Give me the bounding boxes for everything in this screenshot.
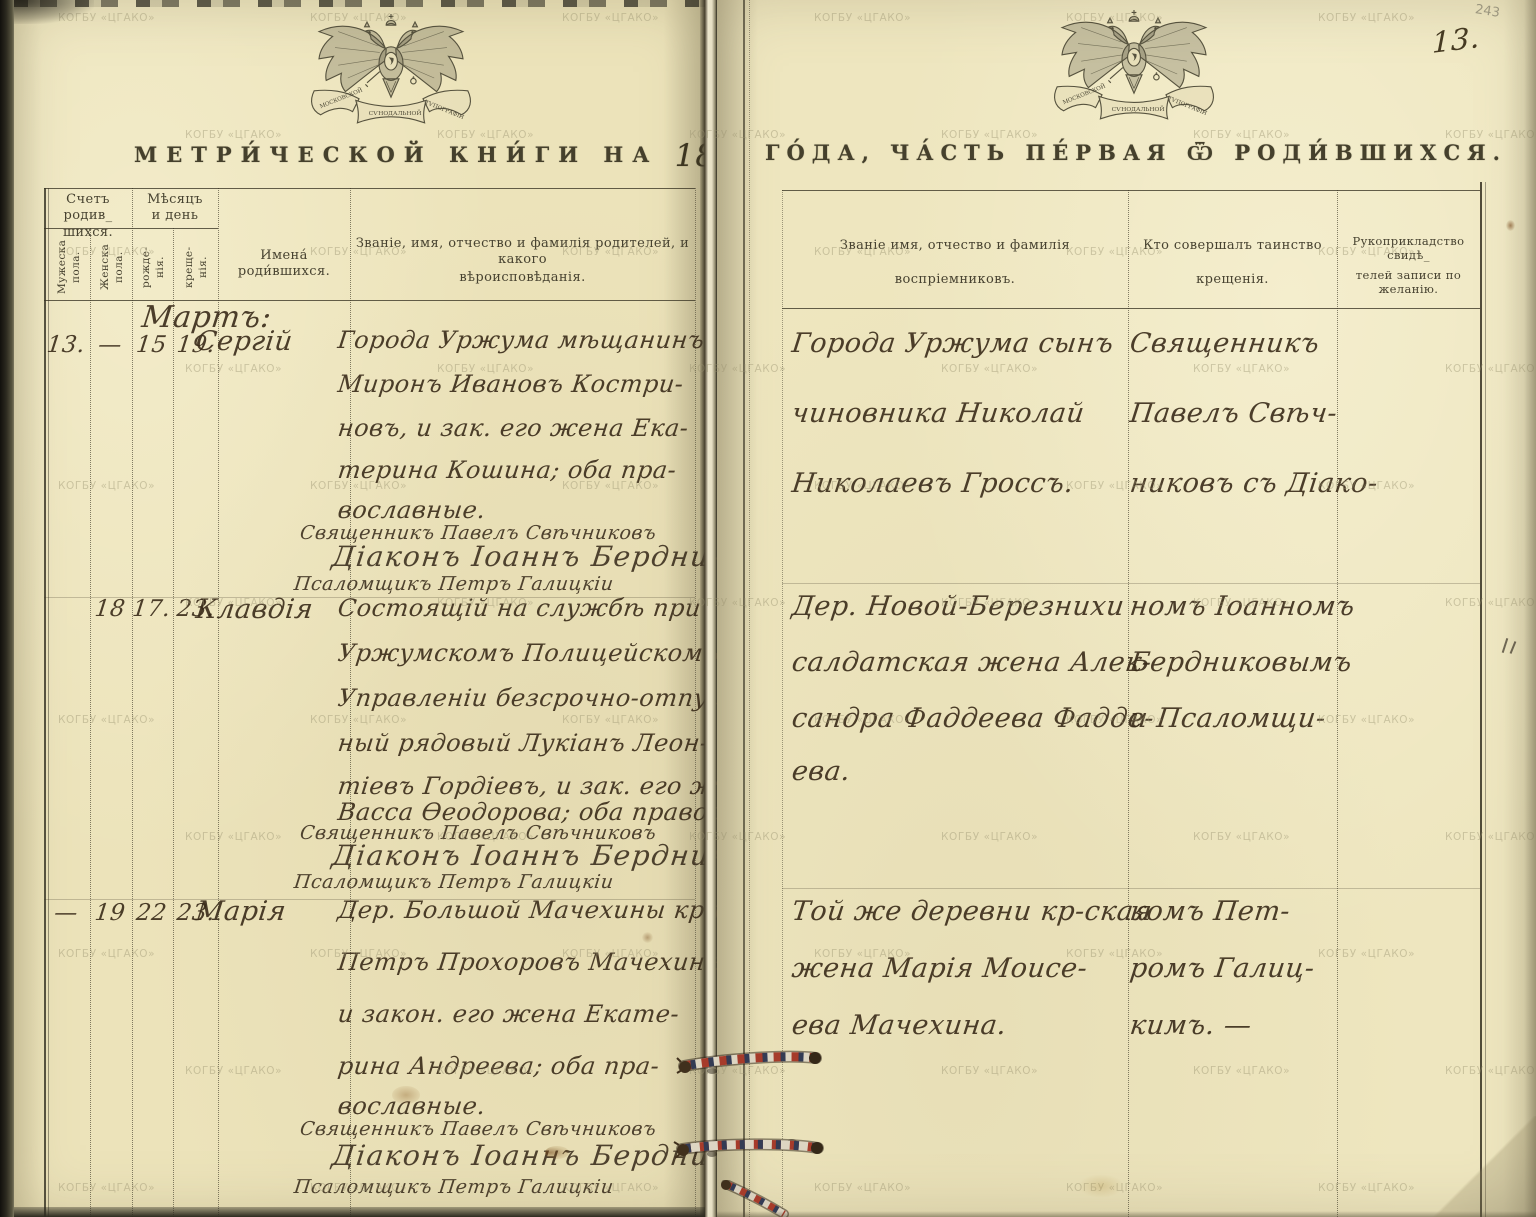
celebrant-entry-line: ромъ Галиц- [1128, 955, 1356, 982]
clergy-signature-line: Псаломщикъ Петръ Галицкіи [293, 1178, 615, 1197]
parents-entry-line: Васса Ѳеодорова; оба правосл. [337, 800, 735, 824]
celebrant-entry-line: номъ Іоанномъ [1128, 593, 1356, 620]
clergy-signature-line: Псаломщикъ Петръ Галицкіи [293, 575, 615, 594]
right-records: Города Уржума сынъчиновника НиколайНикол… [717, 0, 1536, 1217]
godparents-entry-line: сандра Фаддеева Фадде- [790, 705, 1125, 732]
day-born: 17. [129, 598, 175, 621]
parents-entry-line: вославные. [337, 498, 735, 522]
count-female-number: — [87, 334, 134, 357]
count-male-number: 13. [41, 334, 92, 357]
day-born: 15 [129, 334, 175, 357]
scan-left-edge [0, 0, 14, 1217]
parents-entry-line: терина Кошина; оба пра- [337, 458, 735, 482]
count-female-number: 19 [87, 902, 134, 925]
celebrant-entry-line: Священникъ [1128, 330, 1356, 357]
godparents-entry-line: ева. [790, 758, 1125, 785]
scan-top-edge [14, 0, 705, 7]
paper-stain [1078, 1174, 1124, 1198]
clergy-signature-line: Псаломщикъ Петръ Галицкіи [293, 873, 615, 892]
left-page: МЕТРИ́ЧЕСКОЙ КНИ́ГИ НА 1886. ● Счетъ род… [14, 0, 705, 1217]
ink-stain [545, 1146, 569, 1159]
celebrant-entry-line: никовъ съ Діако- [1128, 470, 1356, 497]
scan-bottom-edge-right [717, 1211, 1536, 1217]
godparents-entry-line: чиновника Николай [790, 400, 1125, 427]
paper-fleck [642, 932, 653, 943]
parents-entry-line: Состоящій на службѣ при [337, 596, 735, 620]
parents-entry-line: ный рядовый Лукіанъ Леон- [337, 731, 735, 755]
day-born: 22 [129, 902, 175, 925]
parents-entry-line: Города Уржума мѣщанинъ [337, 328, 735, 352]
celebrant-entry-line: и Псаломщи- [1128, 705, 1356, 732]
right-page: ГО́ДА, ЧА́СТЬ ПЕ́РВАЯ Ѿ РОДИ́ВШИХСЯ. Зва… [717, 0, 1536, 1217]
metrical-book-scan: МОСКОВСКОЙ СѴНОДАЛЬНОЙ ТѴПОГРАФІИ [0, 0, 1536, 1217]
clergy-signature-line: Священникъ Павелъ Свѣчниковъ [299, 1120, 658, 1139]
binding-cord-upper [676, 1040, 824, 1086]
paper-fleck [1506, 220, 1515, 231]
godparents-entry-line: Дер. Новой-Березнихи [790, 593, 1125, 620]
godparents-entry-line: Города Уржума сынъ [790, 330, 1125, 357]
child-name: Марія [194, 898, 347, 925]
scan-bottom-edge-left [14, 1207, 705, 1217]
left-records: 13.—1519.СергійГорода Уржума мѣщанинъМир… [14, 0, 705, 1217]
count-male-number: — [41, 902, 92, 925]
clergy-signature-line: Діаконъ Іоаннъ Бердни- [330, 543, 722, 571]
celebrant-entry-line: комъ Пет- [1128, 898, 1356, 925]
scan-corner-top-left [14, 0, 94, 24]
parents-entry-line: рина Андреева; оба пра- [337, 1054, 735, 1078]
godparents-entry-line: ева Мачехина. [790, 1012, 1125, 1039]
parents-entry-line: Уржумскомъ Полицейскомъ [337, 641, 735, 665]
parents-entry-line: Управленіи безсрочно-отпущен- [337, 686, 735, 710]
godparents-entry-line: жена Марія Моисе- [790, 955, 1125, 982]
godparents-entry-line: Той же деревни кр-ская [790, 898, 1125, 925]
parents-entry-line: и закон. его жена Екате- [337, 1002, 735, 1026]
scan-right-edge [1524, 0, 1536, 1217]
book-gutter [700, 0, 717, 1217]
child-name: Клавдія [194, 596, 347, 623]
child-name: Сергій [194, 328, 347, 355]
parents-entry-line: Дер. Большой Мачехины кр-нъ [337, 898, 735, 922]
binding-cord-lower [672, 1122, 828, 1170]
godparents-entry-line: Николаевъ Гроссъ. [790, 470, 1125, 497]
celebrant-entry-line: Бердниковымъ [1128, 649, 1356, 676]
celebrant-entry-line: кимъ. — [1128, 1012, 1356, 1039]
parents-entry-line: Петръ Прохоровъ Мачехинъ, [337, 950, 735, 974]
parents-entry-line: новъ, и зак. его жена Ека- [337, 416, 735, 440]
celebrant-entry-line: Павелъ Свѣч- [1128, 400, 1356, 427]
parents-entry-line: тіевъ Гордіевъ, и зак. его жена [337, 774, 735, 798]
parents-entry-line: Миронъ Ивановъ Костри- [337, 372, 735, 396]
ink-stain [392, 1086, 420, 1104]
godparents-entry-line: салдатская жена Алек- [790, 649, 1125, 676]
count-female-number: 18 [87, 598, 134, 621]
page-corner-fold [1420, 1116, 1536, 1217]
